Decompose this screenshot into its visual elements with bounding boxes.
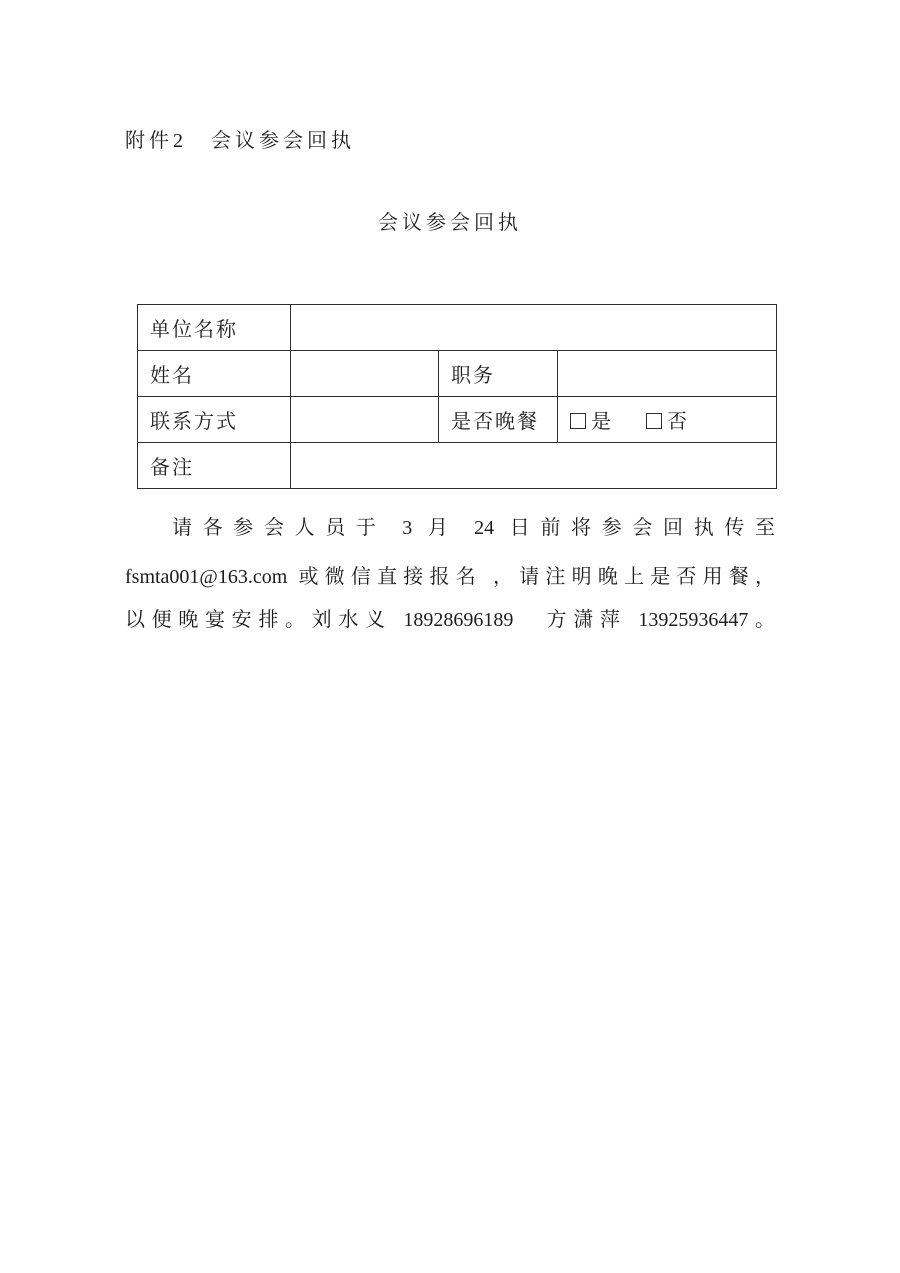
table-row-remarks: 备注 xyxy=(138,443,777,489)
checkbox-yes-icon[interactable] xyxy=(570,413,586,429)
field-label-remarks: 备注 xyxy=(138,443,291,489)
contact-input-cell[interactable] xyxy=(291,397,439,443)
field-label-position: 职务 xyxy=(439,351,558,397)
dinner-option-yes[interactable]: 是 xyxy=(570,405,613,434)
table-row-unit-name: 单位名称 xyxy=(138,305,777,351)
checkbox-no-icon[interactable] xyxy=(646,413,662,429)
field-label-unit-name: 单位名称 xyxy=(138,305,291,351)
attachment-heading: 附件2 会议参会回执 xyxy=(125,124,355,153)
reply-form-table: 单位名称 姓名 职务 联系方式 是否晚餐 是 否 备注 xyxy=(137,304,777,489)
document-title: 会议参会回执 xyxy=(0,206,900,235)
table-row-name-position: 姓名 职务 xyxy=(138,351,777,397)
note-line-1: 请各参会人员于 3 月 24 日前将参会回执传至 xyxy=(172,511,775,540)
remarks-input-cell[interactable] xyxy=(291,443,777,489)
field-label-dinner: 是否晚餐 xyxy=(439,397,558,443)
field-label-name: 姓名 xyxy=(138,351,291,397)
dinner-option-no[interactable]: 否 xyxy=(646,405,689,434)
position-input-cell[interactable] xyxy=(558,351,777,397)
name-input-cell[interactable] xyxy=(291,351,439,397)
dinner-options-cell: 是 否 xyxy=(558,397,777,443)
note-line-2: fsmta001@163.com 或微信直接报名 ，请注明晚上是否用餐， xyxy=(125,560,775,589)
note-line-3: 以便晚宴安排。刘水义 18928696189 方潇萍 13925936447。 xyxy=(125,603,775,632)
unit-name-input-cell[interactable] xyxy=(291,305,777,351)
field-label-contact: 联系方式 xyxy=(138,397,291,443)
table-row-contact-dinner: 联系方式 是否晚餐 是 否 xyxy=(138,397,777,443)
dinner-option-yes-label: 是 xyxy=(591,411,613,433)
document-page: 附件2 会议参会回执 会议参会回执 单位名称 姓名 职务 联系方式 是否晚餐 xyxy=(0,0,900,1273)
dinner-option-no-label: 否 xyxy=(667,411,689,433)
